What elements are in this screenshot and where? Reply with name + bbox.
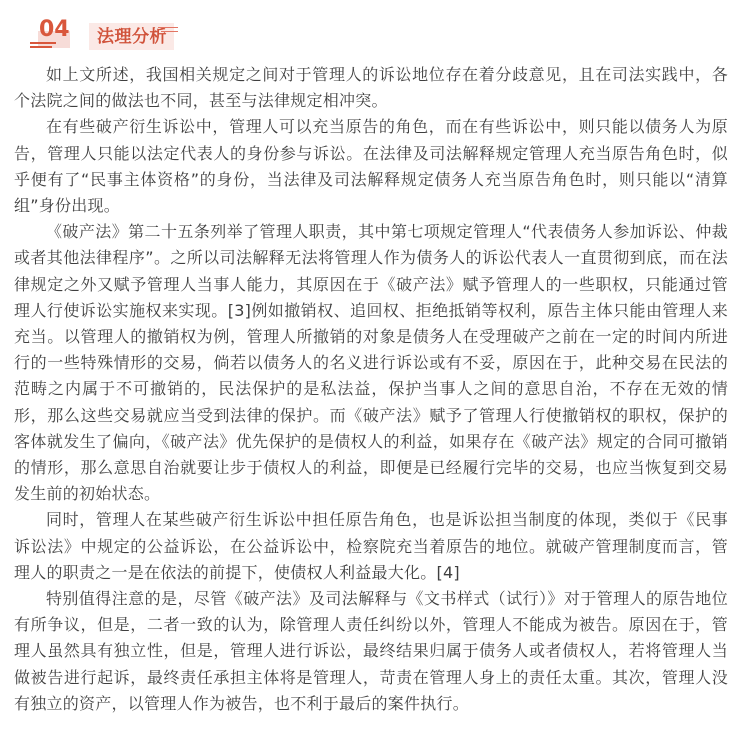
decorative-line (30, 42, 56, 44)
section-header: 04 法理分析 (0, 0, 738, 58)
paragraph: 《破产法》第二十五条列举了管理人职责，其中第七项规定管理人“代表债务人参加诉讼、… (14, 219, 728, 507)
paragraph: 同时，管理人在某些破产衍生诉讼中担任原告角色，也是诉讼担当制度的体现，类似于《民… (14, 507, 728, 586)
section-number: 04 (39, 17, 70, 43)
decorative-line (30, 46, 52, 48)
decorative-line (158, 27, 178, 28)
paragraph: 在有些破产衍生诉讼中，管理人可以充当原告的角色，而在有些诉讼中，则只能以债务人为… (14, 114, 728, 219)
article-body: 如上文所述，我国相关规定之间对于管理人的诉讼地位存在着分歧意见，且在司法实践中，… (14, 62, 728, 717)
paragraph: 特别值得注意的是，尽管《破产法》及司法解释与《文书样式（试行）》对于管理人的原告… (14, 586, 728, 717)
decorative-line (161, 31, 178, 32)
paragraph: 如上文所述，我国相关规定之间对于管理人的诉讼地位存在着分歧意见，且在司法实践中，… (14, 62, 728, 114)
section-title: 法理分析 (97, 25, 167, 49)
